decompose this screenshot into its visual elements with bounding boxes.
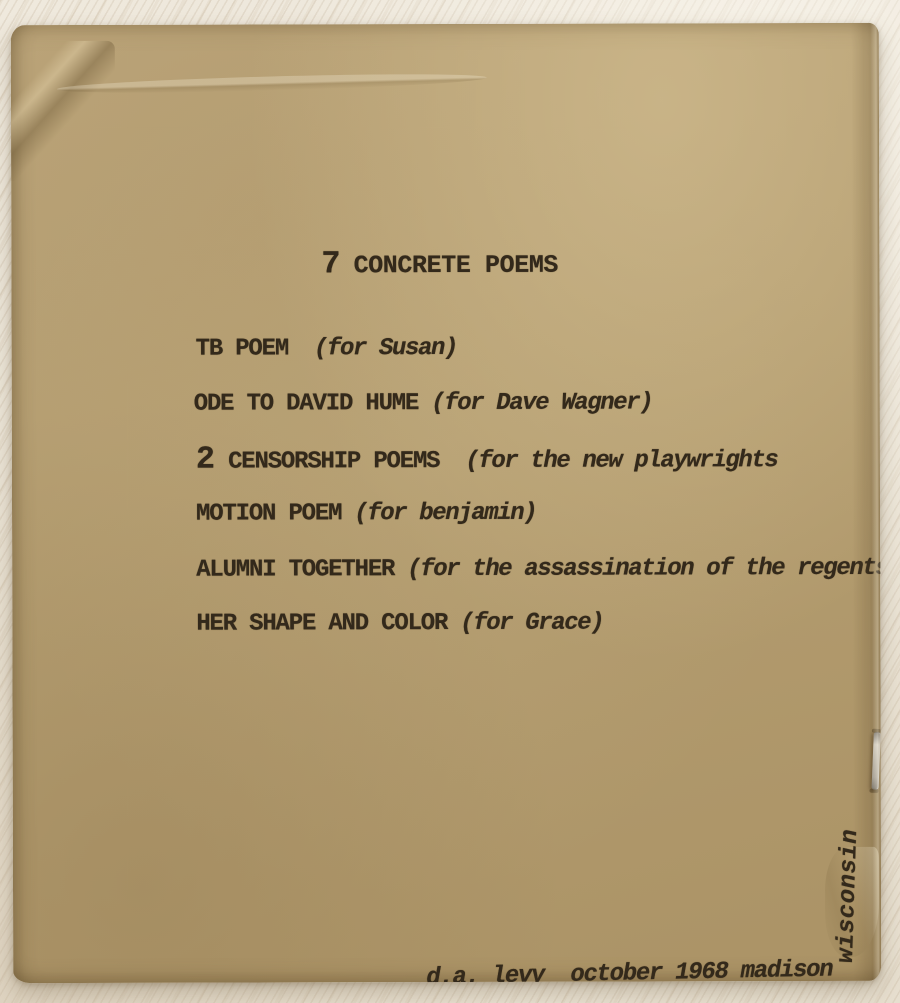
poem-dedication: (for Grace) [447,610,603,637]
poem-line: 2CENSORSHIP POEMS (for the new playwrigh… [196,445,881,502]
poem-line: TB POEM (for Susan) [196,335,882,392]
poem-title: ODE TO DAVID HUME [194,390,419,418]
poem-list: TB POEM (for Susan) ODE TO DAVID HUME (f… [196,335,882,667]
chapbook-cover: 7CONCRETE POEMS TB POEM (for Susan) ODE … [11,23,882,983]
poem-title: TB POEM [196,335,288,362]
title-text: CONCRETE POEMS [354,251,559,281]
poem-line: ODE TO DAVID HUME (for Dave Wagner) [194,390,882,447]
staple [871,732,880,790]
poem-dedication: (for the new playwrights [439,447,777,475]
poem-line: HER SHAPE AND COLOR (for Grace) [196,610,881,667]
top-crease [57,71,487,97]
poem-title: CENSORSHIP POEMS [228,448,439,476]
corner-crease [11,41,115,181]
photo-background: 7CONCRETE POEMS TB POEM (for Susan) ODE … [0,0,900,1003]
poem-title: MOTION POEM [196,500,341,527]
title-number: 7 [321,245,340,282]
poem-dedication: (for benjamin) [341,500,536,528]
cover-title: 7CONCRETE POEMS [321,251,558,282]
poem-line: MOTION POEM (for benjamin) [196,500,881,557]
poem-title: ALUMNI TOGETHER [196,556,394,584]
poem-title: HER SHAPE AND COLOR [196,610,447,638]
poem-dedication: (for Dave Wagner) [418,389,652,417]
poem-dedication: (for Susan) [288,335,457,362]
colophon: d.a. levy october 1968 madison [426,957,833,983]
poem-dedication: (for the assassination of the regents [394,555,881,583]
poem-line: ALUMNI TOGETHER (for the assassination o… [196,556,881,613]
side-text-wisconsin: wisconsin [832,825,867,966]
